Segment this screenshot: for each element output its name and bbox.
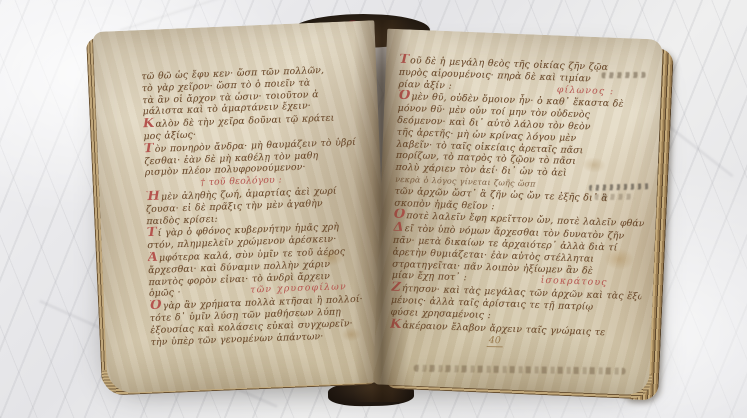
- rubricated-initial: Τ: [399, 54, 409, 67]
- marginal-note-illegible: [595, 194, 635, 200]
- rubricated-initial: Κ: [143, 116, 155, 131]
- left-page-text-block: τῶ θῶ ὡς ἔφυ κεν· ὥσπ τῶν πολλῶν,τὸ γὰρ …: [141, 63, 383, 348]
- quire-mark-note: [602, 72, 646, 79]
- rubricated-initial: Ζ: [391, 282, 401, 295]
- rubricated-initial: Ὁ: [398, 90, 411, 103]
- right-parchment-page: Τοῦ δὲ ἡ μεγάλη θεὸς τῆς οἰκίας ζῆν ζῷαπ…: [373, 29, 663, 396]
- line-text: μος ἀξίως·: [143, 129, 196, 142]
- rubricated-initial: Ὁ: [149, 298, 162, 313]
- rubricated-initial: Τ: [147, 225, 157, 240]
- rubricated-initial: Ο: [394, 209, 406, 222]
- owner-inscription-illegible: [414, 365, 626, 375]
- rubricated-initial: Κ: [390, 318, 402, 331]
- rubricated-initial: Δ: [393, 222, 404, 235]
- left-parchment-page: τῶ θῶ ὡς ἔφυ κεν· ὥσπ τῶν πολλῶν,τὸ γὰρ …: [93, 20, 390, 393]
- rubricated-initial: Ἀ: [148, 250, 159, 265]
- folio-number: 40: [487, 335, 503, 347]
- open-manuscript-codex: τῶ θῶ ὡς ἔφυ κεν· ὥσπ τῶν πολλῶν,τὸ γὰρ …: [92, 12, 672, 408]
- marble-table-background: τῶ θῶ ὡς ἔφυ κεν· ὥσπ τῶν πολλῶν,τὸ γὰρ …: [0, 0, 747, 418]
- rubricated-initial: Ἡ: [145, 189, 160, 204]
- rubricated-initial: Τ: [144, 141, 154, 156]
